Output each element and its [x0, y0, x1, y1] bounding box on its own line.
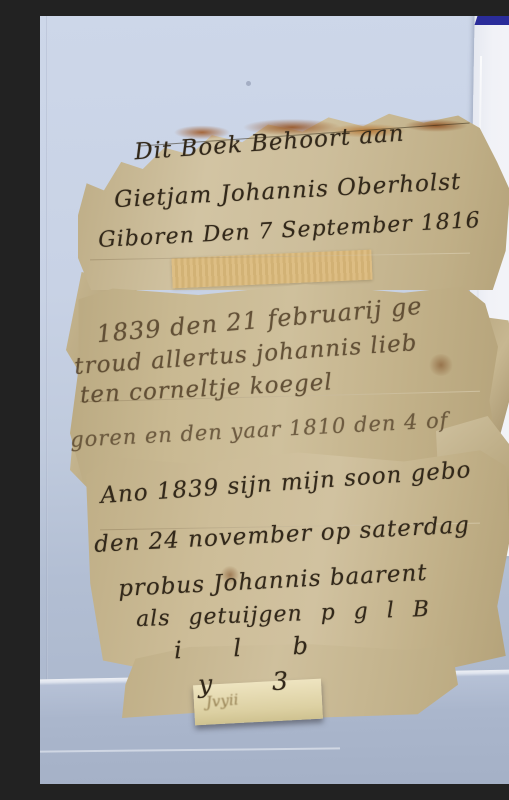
navy-corner-mark — [475, 16, 509, 25]
stain-spot — [428, 354, 454, 376]
backdrop-crease — [46, 16, 48, 784]
manuscript: Jvyii Dit Boek Behoort aan Gietjam Johan… — [70, 96, 509, 728]
photograph: Jvyii Dit Boek Behoort aan Gietjam Johan… — [40, 16, 509, 784]
manuscript-line: i l b — [174, 632, 310, 665]
dust-speck — [246, 81, 251, 86]
manuscript-line: y 3 — [198, 666, 290, 698]
